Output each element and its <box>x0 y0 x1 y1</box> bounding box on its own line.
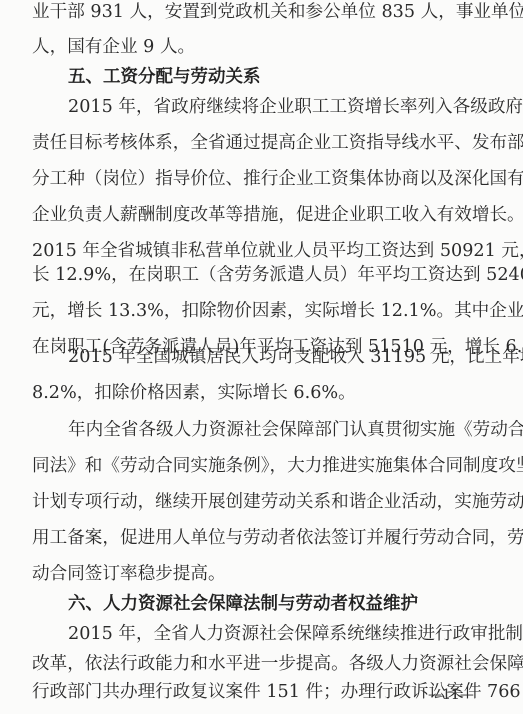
paragraph-line: 企业负责人薪酬制度改革等措施，促进企业职工收入有效增长。 <box>32 203 468 227</box>
paragraph-line: 行政部门共办理行政复议案件 151 件；办理行政诉讼案件 766 件， <box>32 680 468 704</box>
paragraph-line: 分工种（岗位）指导价位、推行企业工资集体协商以及深化国有 <box>32 167 468 191</box>
section-heading-5: 五、工资分配与劳动关系 <box>68 65 261 89</box>
paragraph-line: 元，增长 13.3%，扣除物价因素，实际增长 12.1%。其中企业单位 <box>32 299 468 323</box>
paragraph-line: 人，国有企业 9 人。 <box>32 35 468 59</box>
paragraph-line: 责任目标考核体系，全省通过提高企业工资指导线水平、发布部 <box>32 131 468 155</box>
paragraph-line: 2015 年全国城镇居民人均可支配收入 31195 元，比上年增长 <box>68 345 468 369</box>
paragraph-line: 8.2%，扣除价格因素，实际增长 6.6%。 <box>32 381 468 405</box>
paragraph-line: 用工备案，促进用人单位与劳动者依法签订并履行劳动合同，劳 <box>32 526 468 550</box>
paragraph-line: 计划专项行动，继续开展创建劳动关系和谐企业活动，实施劳动 <box>32 490 468 514</box>
document-page: 业干部 931 人，安置到党政机关和参公单位 835 人，事业单位 87 人，国… <box>0 0 523 714</box>
paragraph-line: 2015 年，全省人力资源社会保障系统继续推进行政审批制度 <box>68 622 468 646</box>
page-number: —11— <box>428 686 474 704</box>
paragraph-line: 年内全省各级人力资源社会保障部门认真贯彻实施《劳动合 <box>68 418 468 442</box>
paragraph-line: 2015 年全省城镇非私营单位就业人员平均工资达到 50921 元，增 <box>32 239 468 263</box>
paragraph-line: 2015 年，省政府继续将企业职工工资增长率列入各级政府的 <box>68 95 468 119</box>
section-heading-6: 六、人力资源社会保障法制与劳动者权益维护 <box>68 592 418 616</box>
paragraph-line: 改革，依法行政能力和水平进一步提高。各级人力资源社会保障 <box>32 652 468 676</box>
paragraph-line: 动合同签订率稳步提高。 <box>32 562 468 586</box>
paragraph-line: 同法》和《劳动合同实施条例》，大力推进实施集体合同制度攻坚 <box>32 454 468 478</box>
paragraph-line: 长 12.9%，在岗职工（含劳务派遣人员）年平均工资达到 52409 <box>32 263 468 287</box>
paragraph-line: 业干部 931 人，安置到党政机关和参公单位 835 人，事业单位 87 <box>32 0 468 24</box>
